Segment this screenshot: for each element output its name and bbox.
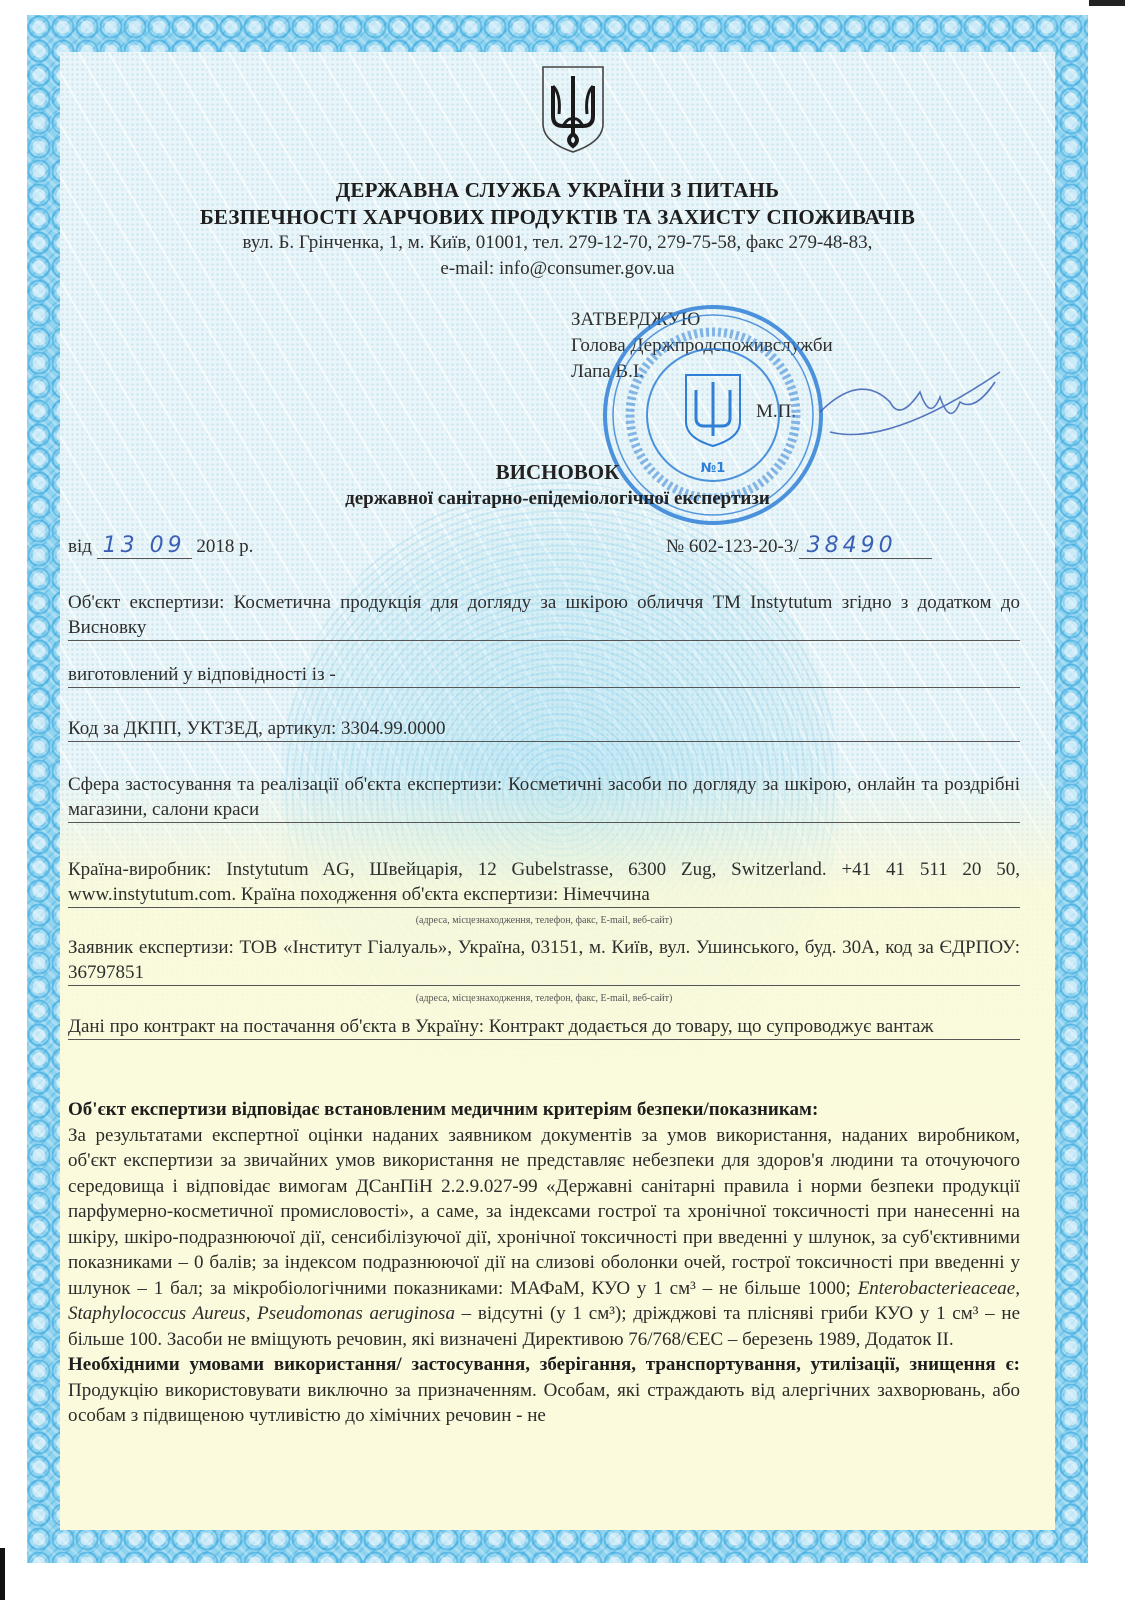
conclusion-section: Об'єкт експертизи відповідає встановлени… [68, 1097, 1020, 1429]
issue-date: від 13 09 2018 р. [68, 533, 253, 559]
certificate-content: ДЕРЖАВНА СЛУЖБА УКРАЇНИ З ПИТАНЬ БЕЗПЕЧН… [60, 52, 1055, 1530]
field-code: Код за ДКПП, УКТЗЕД, артикул: 3304.99.00… [68, 716, 1020, 742]
date-prefix: від [68, 536, 92, 557]
field-applicant: Заявник експертизи: ТОВ «Інститут Гіалуа… [68, 935, 1020, 1011]
field-manufacturer: Країна-виробник: Instytutum AG, Швейцарі… [68, 857, 1020, 933]
field-scope: Сфера застосування та реалізації об'єкта… [68, 772, 1020, 823]
field-contract: Дані про контракт на постачання об'єкта … [68, 1014, 1020, 1040]
scan-edge-mark [0, 1548, 5, 1600]
document-title: ВИСНОВОК [60, 460, 1055, 485]
number-handwritten: 38490 [799, 533, 932, 559]
org-email: e-mail: info@consumer.gov.ua [60, 258, 1055, 280]
conclusion-heading: Об'єкт експертизи відповідає встановлени… [68, 1097, 1020, 1123]
document-number: № 602-123-20-3/38490 [666, 533, 932, 559]
org-name-line2: БЕЗПЕЧНОСТІ ХАРЧОВИХ ПРОДУКТІВ ТА ЗАХИСТ… [60, 205, 1055, 230]
certificate-sheet: ДЕРЖАВНА СЛУЖБА УКРАЇНИ З ПИТАНЬ БЕЗПЕЧН… [60, 52, 1055, 1530]
field-manufactured: виготовлений у відповідності із - [68, 662, 1020, 688]
date-year: 2018 р. [196, 536, 253, 557]
conditions-text: Необхідними умовами використання/ застос… [68, 1352, 1020, 1429]
org-address: вул. Б. Грінченка, 1, м. Київ, 01001, те… [60, 232, 1055, 254]
scan-edge-mark [1089, 0, 1125, 6]
conditions-heading: Необхідними умовами використання/ застос… [68, 1354, 1020, 1375]
number-prefix: № 602-123-20-3/ [666, 536, 799, 557]
document-subtitle: державної санітарно-епідеміологічної екс… [60, 488, 1055, 510]
applicant-caption: (адреса, місцезнаходження, телефон, факс… [68, 986, 1020, 1011]
manufacturer-caption: (адреса, місцезнаходження, телефон, факс… [68, 908, 1020, 933]
handwritten-signature [800, 352, 1020, 472]
conclusion-text: За результатами експертної оцінки надани… [68, 1123, 1020, 1353]
trident-coat-of-arms-icon [539, 64, 607, 154]
org-name-line1: ДЕРЖАВНА СЛУЖБА УКРАЇНИ З ПИТАНЬ [60, 178, 1055, 203]
field-object: Об'єкт експертизи: Косметична продукція … [68, 590, 1020, 641]
date-handwritten: 13 09 [97, 533, 192, 559]
